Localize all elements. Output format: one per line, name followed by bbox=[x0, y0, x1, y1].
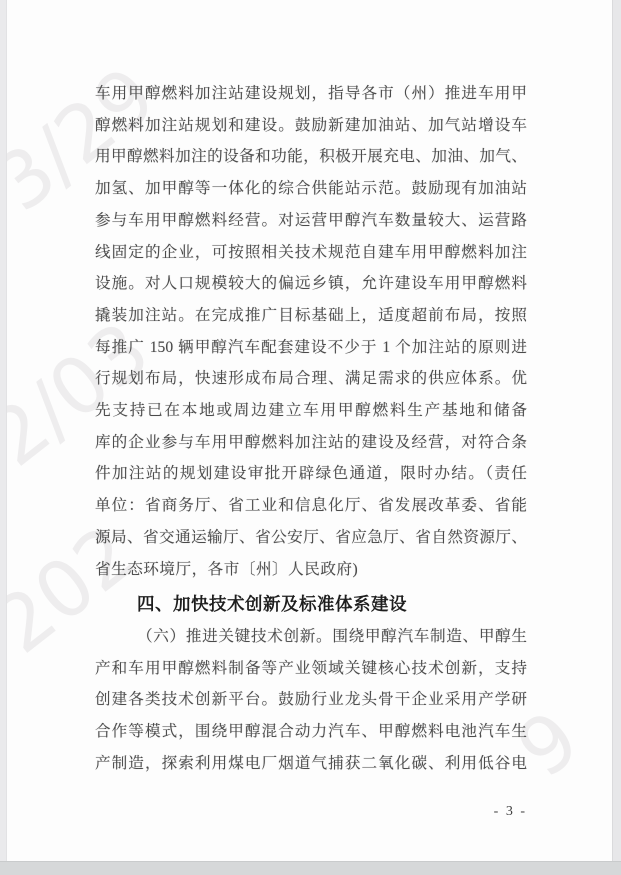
text-line: 先支持已在本地或周边建立车用甲醇燃料生产基地和储备 bbox=[95, 395, 527, 427]
text-line: 醇燃料加注站规划和建设。鼓励新建加油站、加气站增设车 bbox=[95, 110, 527, 142]
text-line: 合作等模式，围绕甲醇混合动力汽车、甲醇燃料电池汽车生 bbox=[95, 716, 527, 748]
text-line: 单位：省商务厅、省工业和信息化厅、省发展改革委、省能 bbox=[95, 490, 527, 522]
text-line: 行规划布局，快速形成布局合理、满足需求的供应体系。优 bbox=[95, 363, 527, 395]
text-line: 创建各类技术创新平台。鼓励行业龙头骨干企业采用产学研 bbox=[95, 684, 527, 716]
text-line: 省生态环境厅，各市〔州〕人民政府) bbox=[95, 554, 527, 586]
scanned-document-page: 3/29 2/03 202 9 车用甲醇燃料加注站建设规划，指导各市（州）推进车… bbox=[0, 0, 621, 875]
text-line: 库的企业参与车用甲醇燃料加注站的建设及经营，对符合条 bbox=[95, 427, 527, 459]
text-line: 每推广 150 辆甲醇汽车配套建设不少于 1 个加注站的原则进 bbox=[95, 332, 527, 364]
text-line: 线固定的企业，可按照相关技术规范自建车用甲醇燃料加注 bbox=[95, 237, 527, 269]
text-line: 车用甲醇燃料加注站建设规划，指导各市（州）推进车用甲 bbox=[95, 78, 527, 110]
text-line: 产制造，探索利用煤电厂烟道气捕获二氧化碳、利用低谷电 bbox=[95, 748, 527, 780]
scan-edge-bottom bbox=[0, 861, 621, 875]
text-line: 源局、省交通运输厅、省公安厅、省应急厅、省自然资源厅、 bbox=[95, 522, 527, 554]
text-line: 参与车用甲醇燃料经营。对运营甲醇汽车数量较大、运营路 bbox=[95, 205, 527, 237]
text-line: 撬装加注站。在完成推广目标基础上，适度超前布局，按照 bbox=[95, 300, 527, 332]
text-line: （六）推进关键技术创新。围绕甲醇汽车制造、甲醇生 bbox=[95, 621, 527, 653]
text-line: 加氢、加甲醇等一体化的综合供能站示范。鼓励现有加油站 bbox=[95, 173, 527, 205]
scan-edge-right bbox=[612, 0, 621, 861]
text-line: 产和车用甲醇燃料制备等产业领域关键核心技术创新，支持 bbox=[95, 653, 527, 685]
scan-edge-left bbox=[0, 0, 7, 861]
page-number: - 3 - bbox=[494, 804, 527, 820]
text-line: 件加注站的规划建设审批开辟绿色通道，限时办结。（责任 bbox=[95, 458, 527, 490]
text-line: 用甲醇燃料加注的设备和功能，积极开展充电、加油、加气、 bbox=[95, 141, 527, 173]
text-line: 设施。对人口规模较大的偏远乡镇，允许建设车用甲醇燃料 bbox=[95, 268, 527, 300]
section-heading: 四、加快技术创新及标准体系建设 bbox=[95, 589, 527, 621]
document-text-block: 车用甲醇燃料加注站建设规划，指导各市（州）推进车用甲醇燃料加注站规划和建设。鼓励… bbox=[95, 78, 527, 779]
